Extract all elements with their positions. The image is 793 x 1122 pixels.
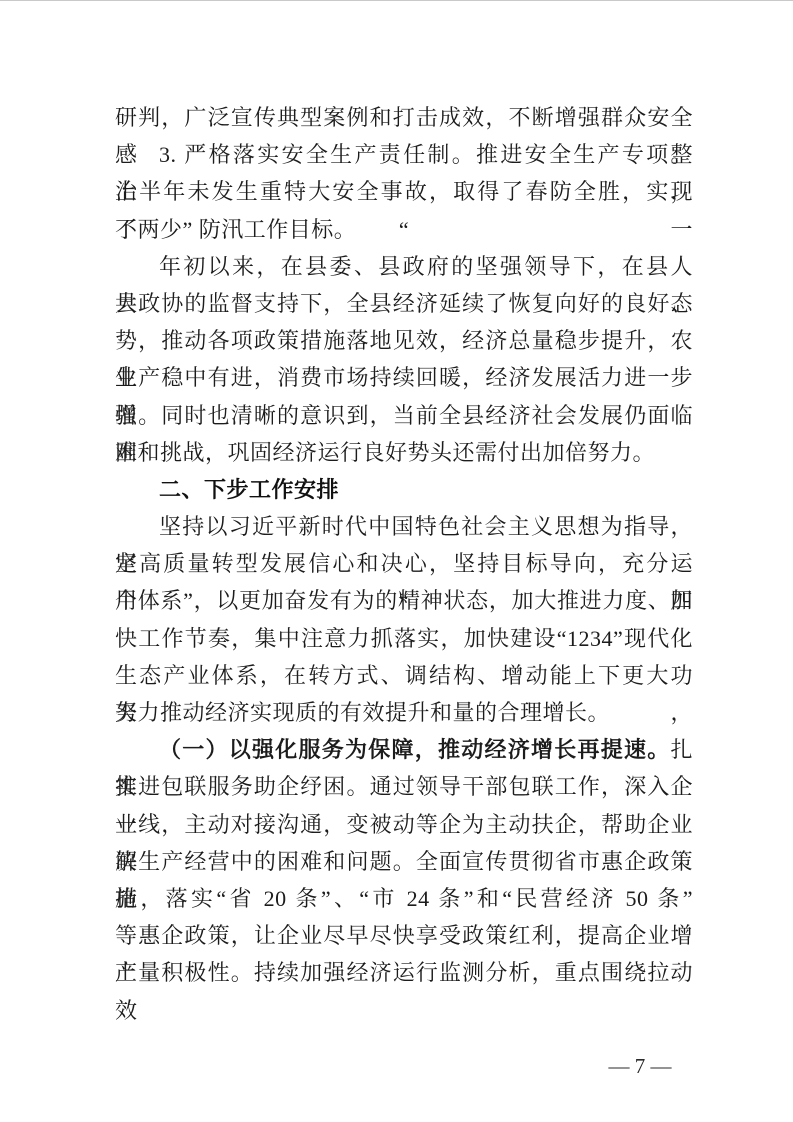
body-line: 生产稳中有进，消费市场持续回暖，经济发展活力进一步增 <box>115 359 693 396</box>
body-line: 势，推动各项政策措施落地见效，经济总量稳步提升，农业 <box>115 322 693 359</box>
body-line: 上半年未发生重特大安全事故，取得了春防全胜，实现了“一 <box>115 173 693 210</box>
body-line: 研判，广泛宣传典型案例和打击成效，不断增强群众安全感。 <box>115 99 693 136</box>
body-line: 决生产经营中的困难和问题。全面宣传贯彻省市惠企政策措 <box>115 843 693 880</box>
body-line: 强。同时也清晰的意识到，当前全县经济社会发展仍面临困 <box>115 397 693 434</box>
body-line: 县政协的监督支持下，全县经济延续了恢复向好的良好态 <box>115 285 693 322</box>
body-line: 努力推动经济实现质的有效提升和量的合理增长。 <box>115 694 693 731</box>
body-line: 坚持以习近平新时代中国特色社会主义思想为指导，坚 <box>115 508 693 545</box>
item-lead-bold-text: （一）以强化服务为保障，推动经济增长再提速。 <box>159 737 670 762</box>
body-line: 一线，主动对接沟通，变被动等企为主动扶企，帮助企业解 <box>115 806 693 843</box>
body-line: 难和挑战，巩固经济运行良好势头还需付出加倍努力。 <box>115 434 693 471</box>
body-line: 快工作节奏，集中注意力抓落实，加快建设“1234”现代化 <box>115 620 693 657</box>
body-line: 定高质量转型发展信心和决心，坚持目标导向，充分运用“四 <box>115 545 693 582</box>
body-line: 上量积极性。持续加强经济运行监测分析，重点围绕拉动效 <box>115 954 693 991</box>
page-number: — 7 — <box>600 1054 680 1078</box>
body-line: 施，落实“省 20 条”、“市 24 条”和“民营经济 50 条” <box>115 880 693 917</box>
document-page: 研判，广泛宣传典型案例和打击成效，不断增强群众安全感。 3. 严格落实安全生产责… <box>115 99 693 992</box>
body-line: 等惠企政策，让企业尽早尽快享受政策红利，提高企业增产 <box>115 917 693 954</box>
scan-edge-line <box>0 0 793 1</box>
section-heading: 二、下步工作安排 <box>115 471 693 508</box>
body-line: 3. 严格落实安全生产责任制。推进安全生产专项整治， <box>115 136 693 173</box>
body-line: 个体系”，以更加奋发有为的精神状态，加大推进力度、加 <box>115 582 693 619</box>
body-line: 生态产业体系，在转方式、调结构、增动能上下更大功夫， <box>115 657 693 694</box>
body-line: 年初以来，在县委、县政府的坚强领导下，在县人大、 <box>115 248 693 285</box>
body-line-item-lead: （一）以强化服务为保障，推动经济增长再提速。扎实 <box>115 731 693 768</box>
body-line: 推进包联服务助企纾困。通过领导干部包联工作，深入企业 <box>115 768 693 805</box>
